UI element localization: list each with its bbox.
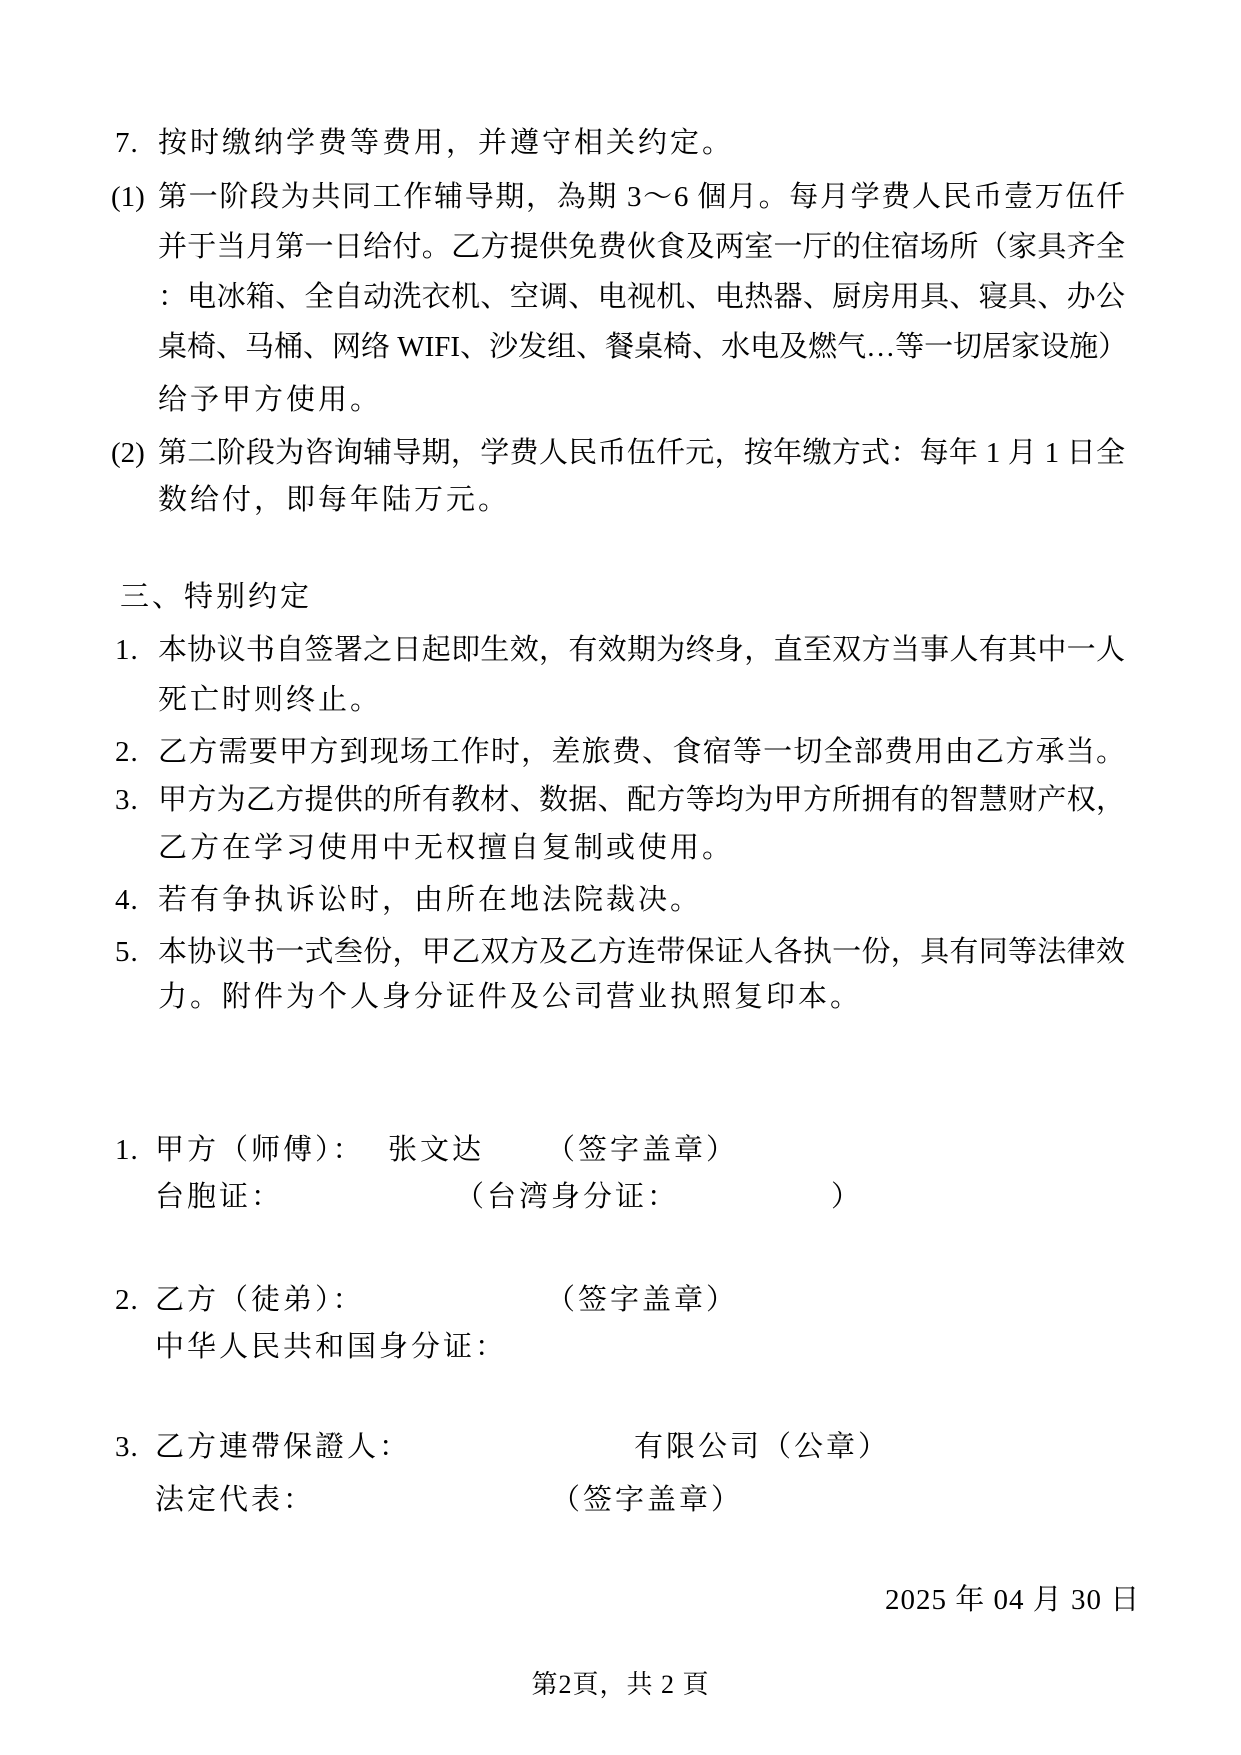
section3-heading: 三、特别约定 (120, 572, 312, 622)
section3-item3-line-1: 3. 甲方为乙方提供的所有教材、数据、配方等均为甲方所拥有的智慧财产权， (0, 775, 1241, 825)
guarantor-rep-line: 法定代表： （签字盖章） (0, 1475, 1241, 1525)
guarantor-rep-label: 法定代表： (155, 1475, 315, 1525)
stage1-text-1: 第一阶段为共同工作辅导期，為期 3～6 個月。每月学费人民币壹万伍仟元， (158, 172, 1125, 222)
party-a-taiwan-id-label: （台湾身分证： (455, 1172, 679, 1222)
section3-item5-text-1: 本协议书一式叁份，甲乙双方及乙方连带保证人各执一份，具有同等法律效 (158, 927, 1125, 977)
section3-heading-line: 三、特别约定 (0, 572, 1241, 622)
date-line: 2025 年 04 月 30 日 (0, 1575, 1241, 1625)
party-a-label: 甲方（师傅）： (155, 1125, 365, 1175)
stage1-text-2: 并于当月第一日给付。乙方提供免费伙食及两室一厅的住宿场所（家具齐全 (158, 222, 1125, 272)
guarantor-company-suffix: 有限公司（公章） (634, 1422, 890, 1472)
guarantor-marker: 3. (115, 1422, 139, 1472)
section3-item3-marker: 3. (115, 775, 139, 825)
guarantor-signature-line: 3. 乙方連帶保證人： 有限公司（公章） (0, 1422, 1241, 1472)
contract-page-2: 7. 按时缴纳学费等费用，并遵守相关约定。 (1) 第一阶段为共同工作辅导期，為… (0, 0, 1241, 1755)
section3-item1-text-2: 死亡时则终止。 (158, 675, 1125, 725)
section3-item2-marker: 2. (115, 727, 139, 777)
party-a-name: 张文达 (388, 1125, 484, 1175)
stage1-text-5: 给予甲方使用。 (158, 375, 1125, 425)
stage1-line-1: (1) 第一阶段为共同工作辅导期，為期 3～6 個月。每月学费人民币壹万伍仟元， (0, 172, 1241, 222)
section3-item4-marker: 4. (115, 875, 139, 925)
stage2-line-2: 数给付，即每年陆万元。 (0, 475, 1241, 525)
party-a-marker: 1. (115, 1125, 139, 1175)
section3-item2-text: 乙方需要甲方到现场工作时，差旅费、食宿等一切全部费用由乙方承当。 (158, 727, 1125, 777)
section3-item5-text-2: 力。附件为个人身分证件及公司营业执照复印本。 (158, 972, 1125, 1022)
party-a-signature-line: 1. 甲方（师傅）： 张文达 （签字盖章） (0, 1125, 1241, 1175)
section3-item1-line-1: 1. 本协议书自签署之日起即生效，有效期为终身，直至双方当事人有其中一人 (0, 625, 1241, 675)
stage1-line-5: 给予甲方使用。 (0, 375, 1241, 425)
stage2-line-1: (2) 第二阶段为咨询辅导期，学费人民币伍仟元，按年缴方式：每年 1 月 1 日… (0, 428, 1241, 478)
clause-7-line: 7. 按时缴纳学费等费用，并遵守相关约定。 (0, 118, 1241, 168)
section3-item3-line-2: 乙方在学习使用中无权擅自复制或使用。 (0, 823, 1241, 873)
party-b-stamp-note: （签字盖章） (546, 1275, 738, 1325)
section3-item1-text-1: 本协议书自签署之日起即生效，有效期为终身，直至双方当事人有其中一人 (158, 625, 1125, 675)
signing-date: 2025 年 04 月 30 日 (885, 1575, 1140, 1625)
party-b-id-line: 中华人民共和国身分证： (0, 1322, 1241, 1372)
stage1-line-3: ：电冰箱、全自动洗衣机、空调、电视机、电热器、厨房用具、寝具、办公 (0, 272, 1241, 322)
party-b-label: 乙方（徒弟）： (155, 1275, 365, 1325)
stage1-line-4: 桌椅、马桶、网络 WIFI、沙发组、餐桌椅、水电及燃气…等一切居家设施） (0, 322, 1241, 372)
section3-item1-marker: 1. (115, 625, 139, 675)
party-b-signature-line: 2. 乙方（徒弟）： （签字盖章） (0, 1275, 1241, 1325)
stage2-text-1: 第二阶段为咨询辅导期，学费人民币伍仟元，按年缴方式：每年 1 月 1 日全 (158, 428, 1125, 478)
guarantor-rep-stamp-note: （签字盖章） (551, 1475, 743, 1525)
section3-item3-text-2: 乙方在学习使用中无权擅自复制或使用。 (158, 823, 1125, 873)
section3-item1-line-2: 死亡时则终止。 (0, 675, 1241, 725)
stage2-marker: (2) (111, 428, 145, 478)
party-b-id-label: 中华人民共和国身分证： (155, 1322, 507, 1372)
clause-7-marker: 7. (115, 118, 139, 168)
party-a-taiwan-id-close-paren: ） (831, 1172, 863, 1222)
stage1-marker: (1) (111, 172, 145, 222)
party-a-stamp-note: （签字盖章） (546, 1125, 738, 1175)
stage2-text-2: 数给付，即每年陆万元。 (158, 475, 1125, 525)
section3-item5-line-2: 力。附件为个人身分证件及公司营业执照复印本。 (0, 972, 1241, 1022)
section3-item5-line-1: 5. 本协议书一式叁份，甲乙双方及乙方连带保证人各执一份，具有同等法律效 (0, 927, 1241, 977)
stage1-text-3: ：电冰箱、全自动洗衣机、空调、电视机、电热器、厨房用具、寝具、办公 (158, 272, 1125, 322)
section3-item4-text: 若有争执诉讼时，由所在地法院裁决。 (158, 875, 1125, 925)
guarantor-label: 乙方連帶保證人： (155, 1422, 411, 1472)
section3-item5-marker: 5. (115, 927, 139, 977)
section3-item4-line: 4. 若有争执诉讼时，由所在地法院裁决。 (0, 875, 1241, 925)
clause-7-text: 按时缴纳学费等费用，并遵守相关约定。 (158, 118, 1125, 168)
stage1-text-4: 桌椅、马桶、网络 WIFI、沙发组、餐桌椅、水电及燃气…等一切居家设施） (158, 322, 1125, 372)
stage1-line-2: 并于当月第一日给付。乙方提供免费伙食及两室一厅的住宿场所（家具齐全 (0, 222, 1241, 272)
party-a-id-label: 台胞证： (155, 1172, 283, 1222)
party-a-id-line: 台胞证： （台湾身分证： ） (0, 1172, 1241, 1222)
page-number-footer: 第2頁，共 2 頁 (0, 1660, 1241, 1710)
section3-item2-line: 2. 乙方需要甲方到现场工作时，差旅费、食宿等一切全部费用由乙方承当。 (0, 727, 1241, 777)
party-b-marker: 2. (115, 1275, 139, 1325)
section3-item3-text-1: 甲方为乙方提供的所有教材、数据、配方等均为甲方所拥有的智慧财产权， (158, 775, 1125, 825)
